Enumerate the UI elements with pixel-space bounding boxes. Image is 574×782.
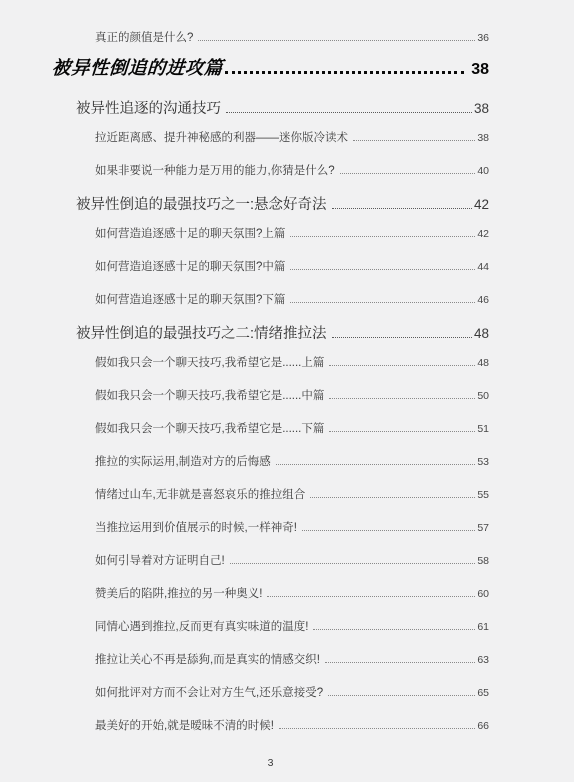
toc-entry-page-number: 60 — [477, 588, 489, 600]
toc-entry-title: 如何引导着对方证明自己! — [95, 552, 225, 568]
toc-entry[interactable]: 被异性倒追的最强技巧之二:情绪推拉法 48 — [52, 322, 489, 342]
toc-entry-title: 被异性追逐的沟通技巧 — [76, 97, 221, 118]
toc-entry-page-number: 58 — [477, 555, 489, 567]
dot-leader — [276, 464, 476, 465]
dot-leader — [198, 40, 475, 41]
dot-leader — [279, 728, 475, 729]
toc-entry-title: 假如我只会一个聊天技巧,我希望它是......上篇 — [95, 354, 324, 370]
dot-leader — [267, 596, 475, 597]
dot-leader — [332, 337, 472, 338]
toc-entry-title: 最美好的开始,就是暧昧不清的时候! — [95, 717, 274, 733]
toc-entry[interactable]: 假如我只会一个聊天技巧,我希望它是......下篇 51 — [52, 420, 489, 435]
toc-entry[interactable]: 如何营造追逐感十足的聊天氛围?上篇 42 — [52, 225, 489, 240]
dot-leader — [230, 563, 476, 564]
toc-entry[interactable]: 推拉让关心不再是舔狗,而是真实的情感交织! 63 — [52, 651, 489, 666]
dot-leader — [225, 71, 464, 74]
toc-entry-page-number: 61 — [477, 621, 489, 633]
toc-entry-title: 真正的颜值是什么? — [95, 29, 193, 45]
toc-entry-title: 同情心遇到推拉,反而更有真实味道的温度! — [95, 618, 308, 634]
toc-entry[interactable]: 同情心遇到推拉,反而更有真实味道的温度! 61 — [52, 618, 489, 633]
toc-entry-page-number: 50 — [477, 390, 489, 402]
toc-entry[interactable]: 被异性倒追的进攻篇 38 — [52, 54, 489, 81]
toc-entry-page-number: 63 — [477, 654, 489, 666]
toc-entry-page-number: 38 — [477, 132, 489, 144]
dot-leader — [328, 695, 475, 696]
toc-entry-title: 被异性倒追的进攻篇 — [51, 54, 224, 80]
toc-entry[interactable]: 如何营造追逐感十足的聊天氛围?下篇 46 — [52, 291, 489, 306]
toc-entry-title: 被异性倒追的最强技巧之二:情绪推拉法 — [76, 322, 327, 343]
dot-leader — [329, 365, 475, 366]
toc-entry-page-number: 53 — [477, 456, 489, 468]
toc-entry-page-number: 66 — [477, 720, 489, 732]
toc-entry[interactable]: 如何引导着对方证明自己! 58 — [52, 552, 489, 567]
toc-entry[interactable]: 如何营造追逐感十足的聊天氛围?中篇 44 — [52, 258, 489, 273]
dot-leader — [329, 398, 475, 399]
toc-entry-page-number: 44 — [477, 261, 489, 273]
toc-entry-page-number: 40 — [477, 165, 489, 177]
toc-entry-title: 被异性倒追的最强技巧之一:悬念好奇法 — [76, 193, 327, 214]
toc-entry-title: 如果非要说一种能力是万用的能力,你猜是什么? — [95, 162, 335, 178]
dot-leader — [353, 140, 475, 141]
toc-entry[interactable]: 假如我只会一个聊天技巧,我希望它是......上篇 48 — [52, 354, 489, 369]
toc-entry[interactable]: 被异性倒追的最强技巧之一:悬念好奇法 42 — [52, 193, 489, 213]
dot-leader — [290, 302, 475, 303]
toc-entry[interactable]: 被异性追逐的沟通技巧 38 — [52, 97, 489, 117]
toc-entry-page-number: 42 — [474, 197, 489, 212]
toc-entry-page-number: 38 — [471, 61, 489, 79]
table-of-contents: 真正的颜值是什么? 36 被异性倒追的进攻篇 38 被异性追逐的沟通技巧 38 … — [52, 11, 489, 732]
toc-entry[interactable]: 赞美后的陷阱,推拉的另一种奥义! 60 — [52, 585, 489, 600]
toc-entry-page-number: 57 — [477, 522, 489, 534]
toc-entry[interactable]: 情绪过山车,无非就是喜怒哀乐的推拉组合 55 — [52, 486, 489, 501]
dot-leader — [313, 629, 475, 630]
toc-entry[interactable]: 拉近距离感、提升神秘感的利器——迷你版冷读术 38 — [52, 129, 489, 144]
toc-entry-page-number: 36 — [477, 32, 489, 44]
toc-entry-title: 如何营造追逐感十足的聊天氛围?下篇 — [95, 291, 285, 307]
toc-entry-page-number: 46 — [477, 294, 489, 306]
toc-entry-page-number: 48 — [477, 357, 489, 369]
toc-entry[interactable]: 推拉的实际运用,制造对方的后悔感 53 — [52, 453, 489, 468]
toc-entry[interactable]: 最美好的开始,就是暧昧不清的时候! 66 — [52, 717, 489, 732]
document-page: 真正的颜值是什么? 36 被异性倒追的进攻篇 38 被异性追逐的沟通技巧 38 … — [0, 0, 574, 782]
dot-leader — [302, 530, 475, 531]
toc-entry[interactable]: 当推拉运用到价值展示的时候,一样神奇! 57 — [52, 519, 489, 534]
toc-entry-title: 如何营造追逐感十足的聊天氛围?上篇 — [95, 225, 285, 241]
toc-entry-page-number: 51 — [477, 423, 489, 435]
dot-leader — [310, 497, 475, 498]
toc-entry-title: 假如我只会一个聊天技巧,我希望它是......中篇 — [95, 387, 324, 403]
toc-entry-title: 推拉的实际运用,制造对方的后悔感 — [95, 453, 271, 469]
toc-entry-page-number: 48 — [474, 326, 489, 341]
dot-leader — [340, 173, 476, 174]
toc-entry-page-number: 55 — [477, 489, 489, 501]
page-number: 3 — [52, 757, 489, 769]
dot-leader — [226, 112, 472, 113]
toc-entry-title: 如何批评对方而不会让对方生气,还乐意接受? — [95, 684, 323, 700]
toc-entry-title: 如何营造追逐感十足的聊天氛围?中篇 — [95, 258, 285, 274]
dot-leader — [290, 269, 475, 270]
toc-entry-page-number: 65 — [477, 687, 489, 699]
toc-entry[interactable]: 如何批评对方而不会让对方生气,还乐意接受? 65 — [52, 684, 489, 699]
toc-entry[interactable]: 如果非要说一种能力是万用的能力,你猜是什么? 40 — [52, 162, 489, 177]
dot-leader — [290, 236, 475, 237]
dot-leader — [325, 662, 475, 663]
toc-entry-page-number: 38 — [474, 101, 489, 116]
toc-entry[interactable]: 真正的颜值是什么? 36 — [52, 29, 489, 44]
toc-entry[interactable]: 假如我只会一个聊天技巧,我希望它是......中篇 50 — [52, 387, 489, 402]
dot-leader — [332, 208, 472, 209]
dot-leader — [329, 431, 475, 432]
toc-entry-title: 拉近距离感、提升神秘感的利器——迷你版冷读术 — [95, 129, 348, 145]
toc-entry-title: 推拉让关心不再是舔狗,而是真实的情感交织! — [95, 651, 320, 667]
toc-entry-page-number: 42 — [477, 228, 489, 240]
toc-entry-title: 假如我只会一个聊天技巧,我希望它是......下篇 — [95, 420, 324, 436]
toc-entry-title: 赞美后的陷阱,推拉的另一种奥义! — [95, 585, 262, 601]
toc-entry-title: 情绪过山车,无非就是喜怒哀乐的推拉组合 — [95, 486, 305, 502]
toc-entry-title: 当推拉运用到价值展示的时候,一样神奇! — [95, 519, 297, 535]
